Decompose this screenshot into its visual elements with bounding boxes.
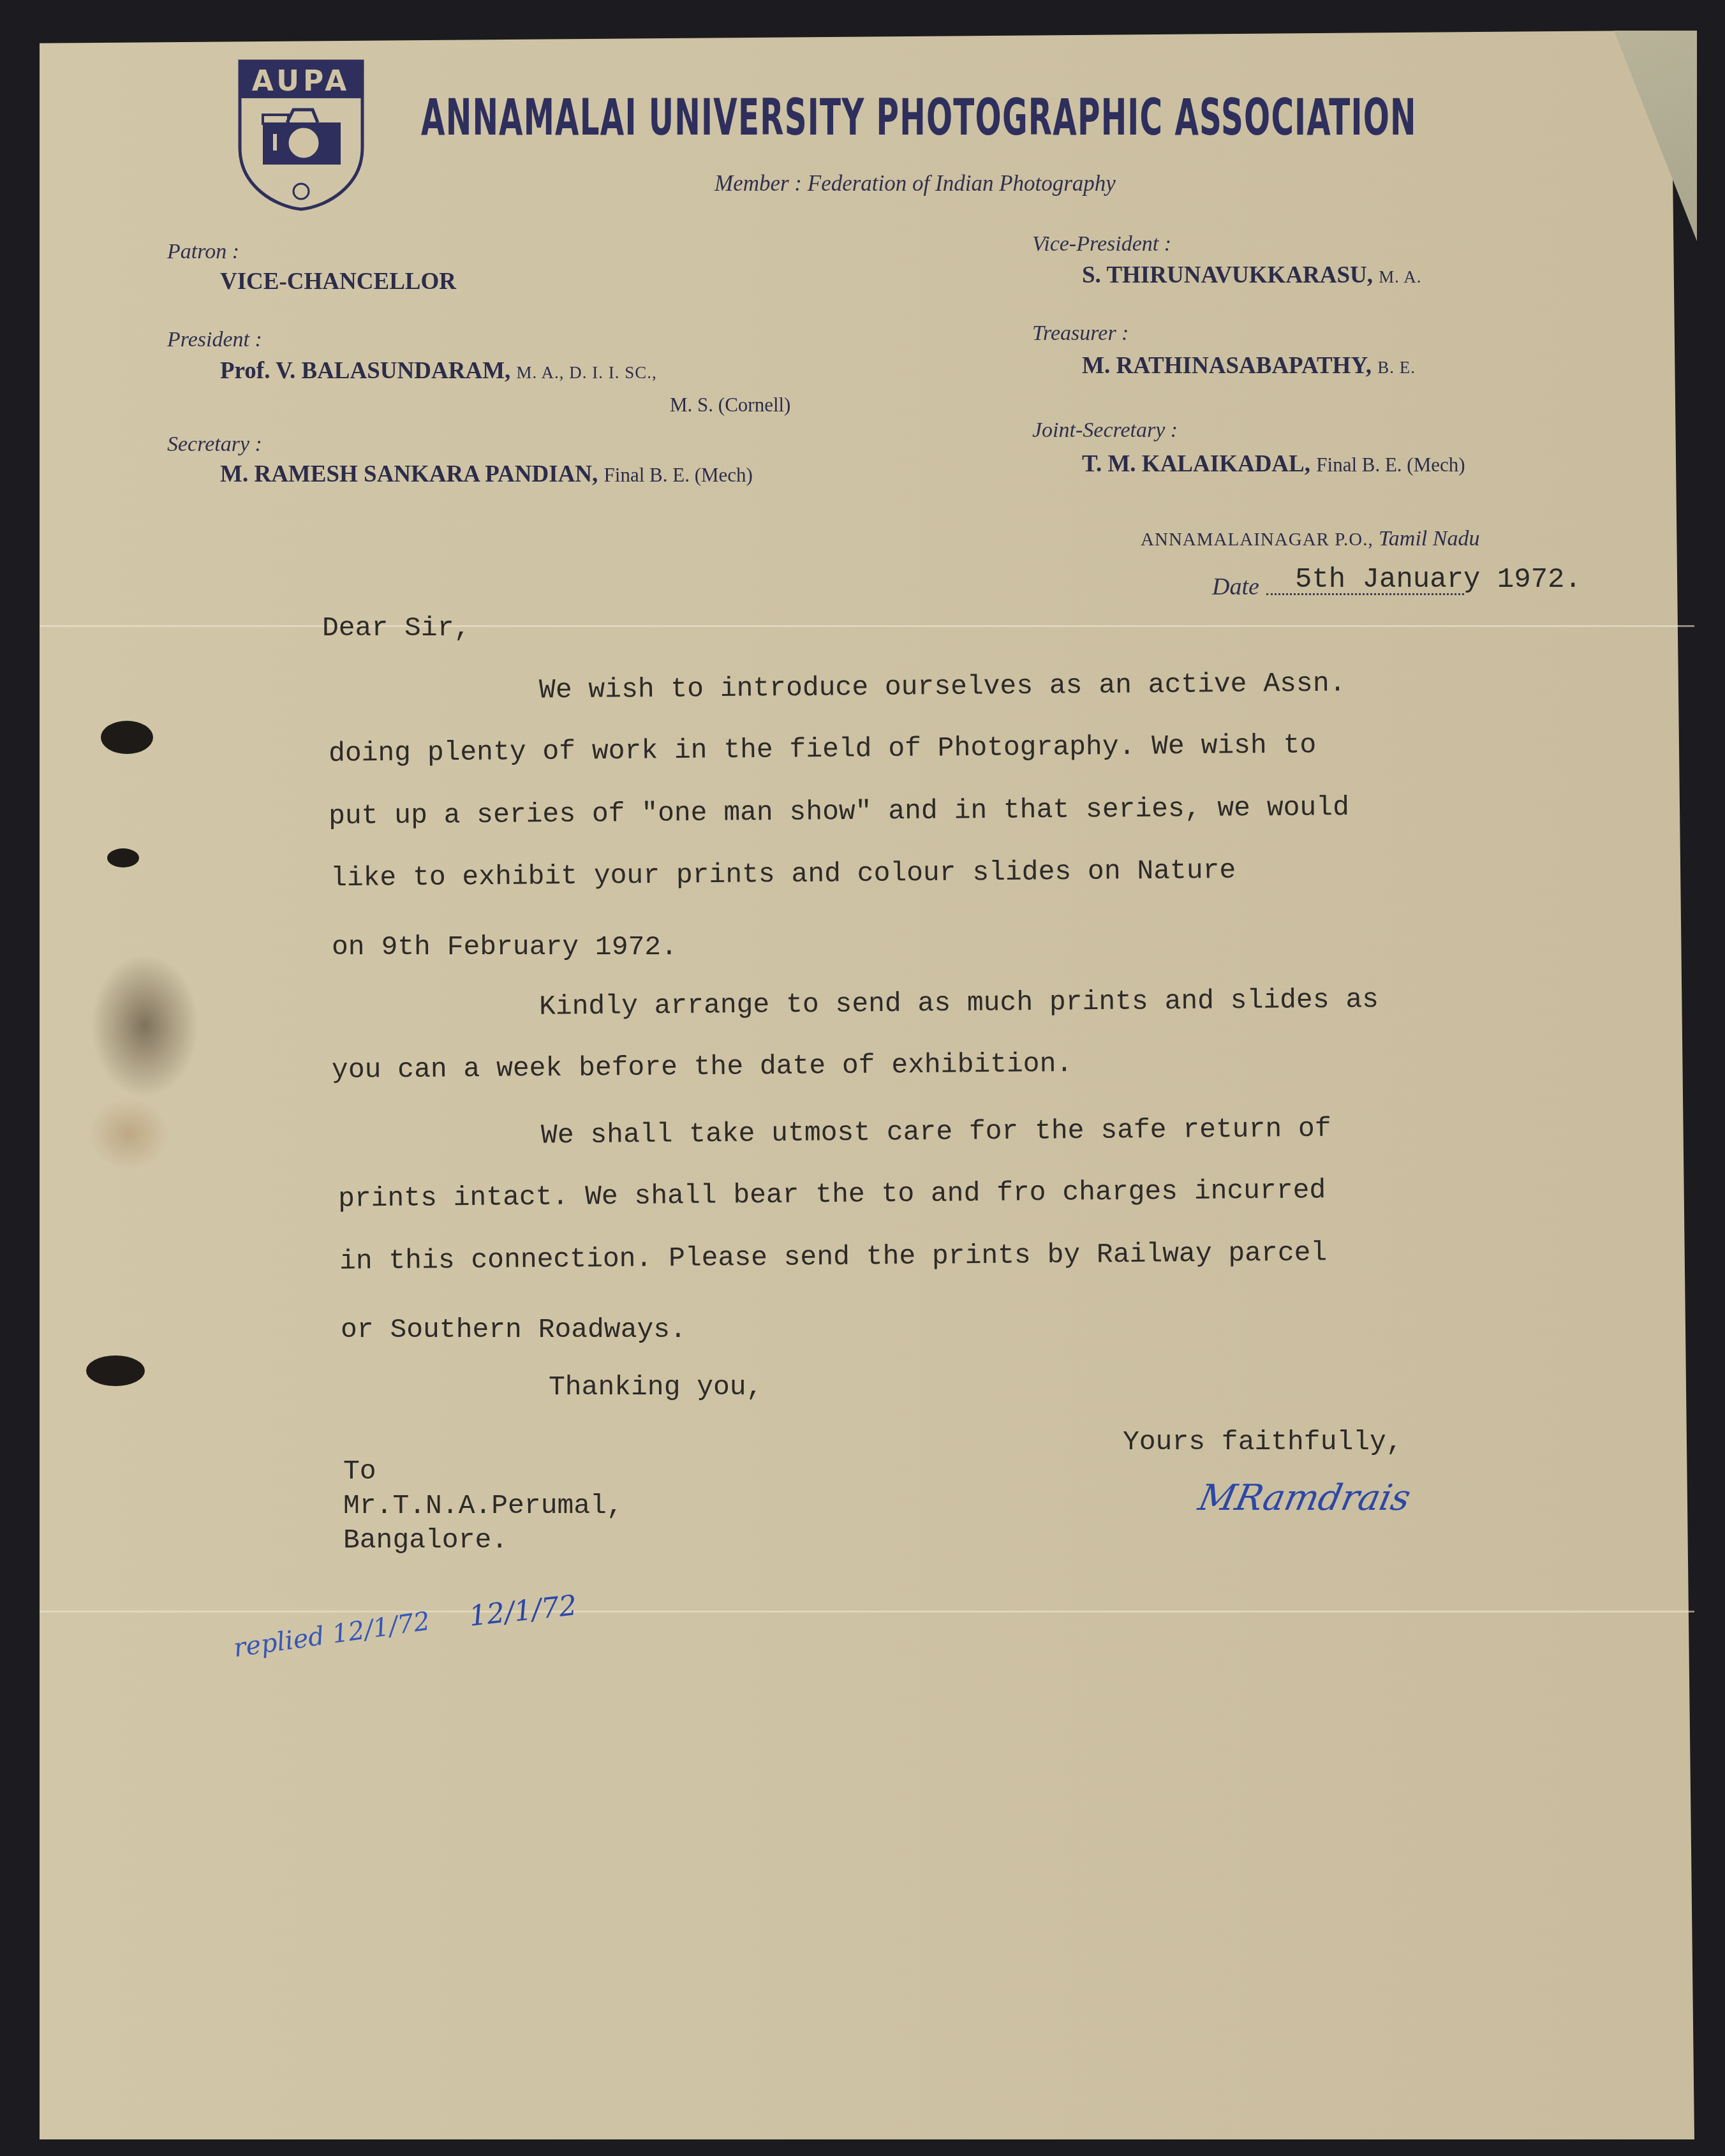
recipient-city: Bangalore. <box>343 1525 508 1556</box>
vice-president-name: S. THIRUNAVUKKARASU, M. A. <box>1082 262 1422 289</box>
patron-label: Patron : <box>167 240 239 264</box>
joint-secretary-label: Joint-Secretary : <box>1032 418 1178 443</box>
punch-hole <box>101 721 153 754</box>
secretary-name: M. RAMESH SANKARA PANDIAN, Final B. E. (… <box>220 461 753 488</box>
date-value: 5th January 1972. <box>1295 564 1581 596</box>
address-line: ANNAMALAINAGAR P.O., Tamil Nadu <box>1141 527 1479 551</box>
president-qualifications-2: M. S. (Cornell) <box>670 390 790 418</box>
recipient-name: Mr.T.N.A.Perumal, <box>343 1490 623 1521</box>
punch-hole <box>86 1355 145 1386</box>
body-line: on 9th February 1972. <box>332 931 677 963</box>
vice-president-label: Vice-President : <box>1032 232 1171 256</box>
membership-line: Member : Federation of Indian Photograph… <box>714 171 1116 196</box>
date-label: Date <box>1212 573 1259 601</box>
salutation: Dear Sir, <box>322 612 470 644</box>
signature: MRamdrais <box>1195 1477 1414 1519</box>
aupa-logo-icon: AUPA <box>237 59 365 212</box>
fold-crease <box>40 625 1694 627</box>
body-line: you can a week before the date of exhibi… <box>332 1048 1073 1086</box>
recipient-to: To <box>343 1456 376 1487</box>
secretary-label: Secretary : <box>167 432 262 457</box>
president-label: President : <box>167 328 262 352</box>
organization-name: ANNAMALAI UNIVERSITY PHOTOGRAPHIC ASSOCI… <box>421 89 1070 147</box>
closing: Yours faithfully, <box>1123 1426 1403 1458</box>
patron-name: VICE-CHANCELLOR <box>220 268 456 295</box>
closing-thanks: Thanking you, <box>549 1371 762 1403</box>
letter-paper <box>40 31 1694 2139</box>
president-name: Prof. V. BALASUNDARAM, M. A., D. I. I. S… <box>220 357 657 385</box>
fold-crease <box>40 1611 1694 1613</box>
svg-text:AUPA: AUPA <box>252 65 351 98</box>
body-line: or Southern Roadways. <box>341 1314 686 1345</box>
treasurer-label: Treasurer : <box>1032 321 1129 346</box>
joint-secretary-name: T. M. KALAIKADAL, Final B. E. (Mech) <box>1082 450 1465 478</box>
punch-hole <box>107 848 139 868</box>
treasurer-name: M. RATHINASABAPATHY, B. E. <box>1082 352 1416 380</box>
